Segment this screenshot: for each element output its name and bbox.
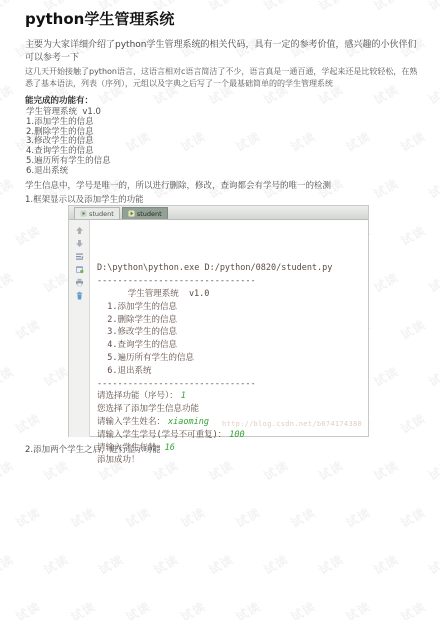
preview-watermark: 试读	[0, 457, 17, 485]
preview-watermark: 试读	[370, 363, 401, 391]
console-line: 5.遍历所有学生的信息	[97, 352, 368, 365]
section-2-caption: 2.添加两个学生之后，进行显示功能	[25, 443, 161, 455]
console-line: 学生管理系统 v1.0	[97, 288, 368, 301]
console-line: 4.查询学生的信息	[97, 339, 368, 352]
preview-watermark: 试读	[177, 598, 208, 620]
preview-watermark: 试读	[397, 316, 428, 344]
preview-watermark: 试读	[67, 598, 98, 620]
preview-watermark: 试读	[122, 504, 153, 532]
preview-watermark: 试读	[260, 551, 291, 579]
console-line: 3.修改学生的信息	[97, 326, 368, 339]
preview-watermark: 试读	[40, 457, 71, 485]
preview-watermark: 试读	[177, 128, 208, 156]
preview-watermark: 试读	[40, 363, 71, 391]
preview-watermark: 试读	[40, 551, 71, 579]
restore-layout-icon[interactable]	[74, 264, 84, 274]
console-line: -------------------------------	[97, 275, 368, 288]
preview-watermark: 试读	[370, 175, 401, 203]
preview-watermark: 试读	[425, 0, 440, 14]
blog-url-watermark: http://blog.csdn.net/b674174380	[222, 418, 362, 431]
preview-watermark: 试读	[397, 222, 428, 250]
preview-watermark: 试读	[12, 504, 43, 532]
console-line: -------------------------------	[97, 378, 368, 391]
user-input-value: xiaoming	[168, 417, 209, 427]
console-line: 请选择功能（序号）：1	[97, 390, 368, 403]
preview-watermark: 试读	[12, 316, 43, 344]
intro-paragraph: 主要为大家详细介绍了python学生管理系统的相关代码，具有一定的参考价值，感兴…	[25, 39, 421, 65]
preview-watermark: 试读	[370, 269, 401, 297]
run-icon	[80, 210, 87, 217]
preview-watermark: 试读	[342, 504, 373, 532]
preview-watermark: 试读	[177, 504, 208, 532]
body-paragraph: 这几天开始接触了python语言，这语言相对c语言简洁了不少，语言真是一通百通，…	[25, 66, 423, 90]
preview-watermark: 试读	[287, 504, 318, 532]
preview-watermark: 试读	[12, 410, 43, 438]
preview-watermark: 试读	[425, 81, 440, 109]
preview-watermark: 试读	[0, 269, 17, 297]
preview-watermark: 试读	[122, 598, 153, 620]
console-line: 添加成功！	[97, 454, 368, 467]
preview-watermark: 试读	[12, 598, 43, 620]
tab-label: student	[89, 210, 114, 218]
print-icon[interactable]	[74, 277, 84, 287]
console-line: 6.退出系统	[97, 365, 368, 378]
down-arrow-icon[interactable]	[74, 238, 84, 248]
preview-watermark: 试读	[425, 551, 440, 579]
preview-watermark: 试读	[0, 551, 17, 579]
preview-watermark: 试读	[370, 551, 401, 579]
section-1-caption: 1.框架显示以及添加学生的功能	[25, 193, 144, 205]
preview-watermark: 试读	[205, 551, 236, 579]
preview-watermark: 试读	[122, 128, 153, 156]
preview-watermark: 试读	[425, 363, 440, 391]
preview-watermark: 试读	[232, 598, 263, 620]
console-line: 2.删除学生的信息	[97, 314, 368, 327]
preview-watermark: 试读	[0, 0, 17, 14]
preview-watermark: 试读	[287, 128, 318, 156]
preview-watermark: 试读	[95, 551, 126, 579]
console-line: D:\python\python.exe D:/python/0820/stud…	[97, 262, 368, 275]
console-screenshot: student student	[68, 205, 369, 437]
features-heading: 能完成的功能有：	[25, 94, 93, 106]
console-output: http://blog.csdn.net/b674174380 D:\pytho…	[90, 220, 368, 437]
console-line: 1.添加学生的信息	[97, 301, 368, 314]
preview-watermark: 试读	[0, 175, 17, 203]
uniqueness-note: 学生信息中，学号是唯一的，所以进行删除，修改，查询都会有学号的唯一的检测	[25, 179, 331, 191]
preview-watermark: 试读	[287, 598, 318, 620]
console-toolbar	[69, 220, 90, 437]
console-tab-student[interactable]: student	[74, 207, 120, 219]
console-tab-student-selected[interactable]: student	[122, 207, 168, 219]
preview-watermark: 试读	[205, 0, 236, 14]
preview-watermark: 试读	[397, 410, 428, 438]
features-list: 学生管理系统 v1.01.添加学生的信息2.删除学生的信息3.修改学生的信息4.…	[26, 108, 111, 177]
preview-watermark: 试读	[370, 0, 401, 14]
preview-watermark: 试读	[232, 504, 263, 532]
user-input-value: 16	[165, 443, 175, 453]
preview-watermark: 试读	[397, 504, 428, 532]
page-title: python学生管理系统	[25, 8, 174, 29]
preview-watermark: 试读	[260, 0, 291, 14]
run-icon	[128, 210, 135, 217]
preview-watermark: 试读	[232, 128, 263, 156]
user-input-value: 1	[181, 391, 186, 401]
up-arrow-icon[interactable]	[74, 225, 84, 235]
preview-watermark: 试读	[425, 175, 440, 203]
preview-watermark: 试读	[0, 81, 17, 109]
console-tab-bar: student student	[69, 206, 368, 220]
console-line: 您选择了添加学生信息功能	[97, 403, 368, 416]
preview-watermark: 试读	[315, 0, 346, 14]
preview-watermark: 试读	[397, 128, 428, 156]
soft-wrap-icon[interactable]	[74, 251, 84, 261]
preview-watermark: 试读	[40, 269, 71, 297]
preview-watermark: 试读	[342, 598, 373, 620]
preview-watermark: 试读	[425, 457, 440, 485]
preview-watermark: 试读	[425, 269, 440, 297]
user-input-value: 100	[229, 430, 244, 440]
clear-console-trash-icon[interactable]	[74, 290, 84, 300]
preview-watermark: 试读	[0, 363, 17, 391]
preview-watermark: 试读	[370, 457, 401, 485]
preview-watermark: 试读	[12, 222, 43, 250]
preview-watermark: 试读	[397, 598, 428, 620]
feature-line: 6.退出系统	[26, 167, 111, 177]
preview-watermark: 试读	[342, 128, 373, 156]
preview-watermark: 试读	[150, 551, 181, 579]
preview-watermark: 试读	[67, 504, 98, 532]
tab-label: student	[137, 210, 162, 218]
preview-watermark: 试读	[315, 551, 346, 579]
